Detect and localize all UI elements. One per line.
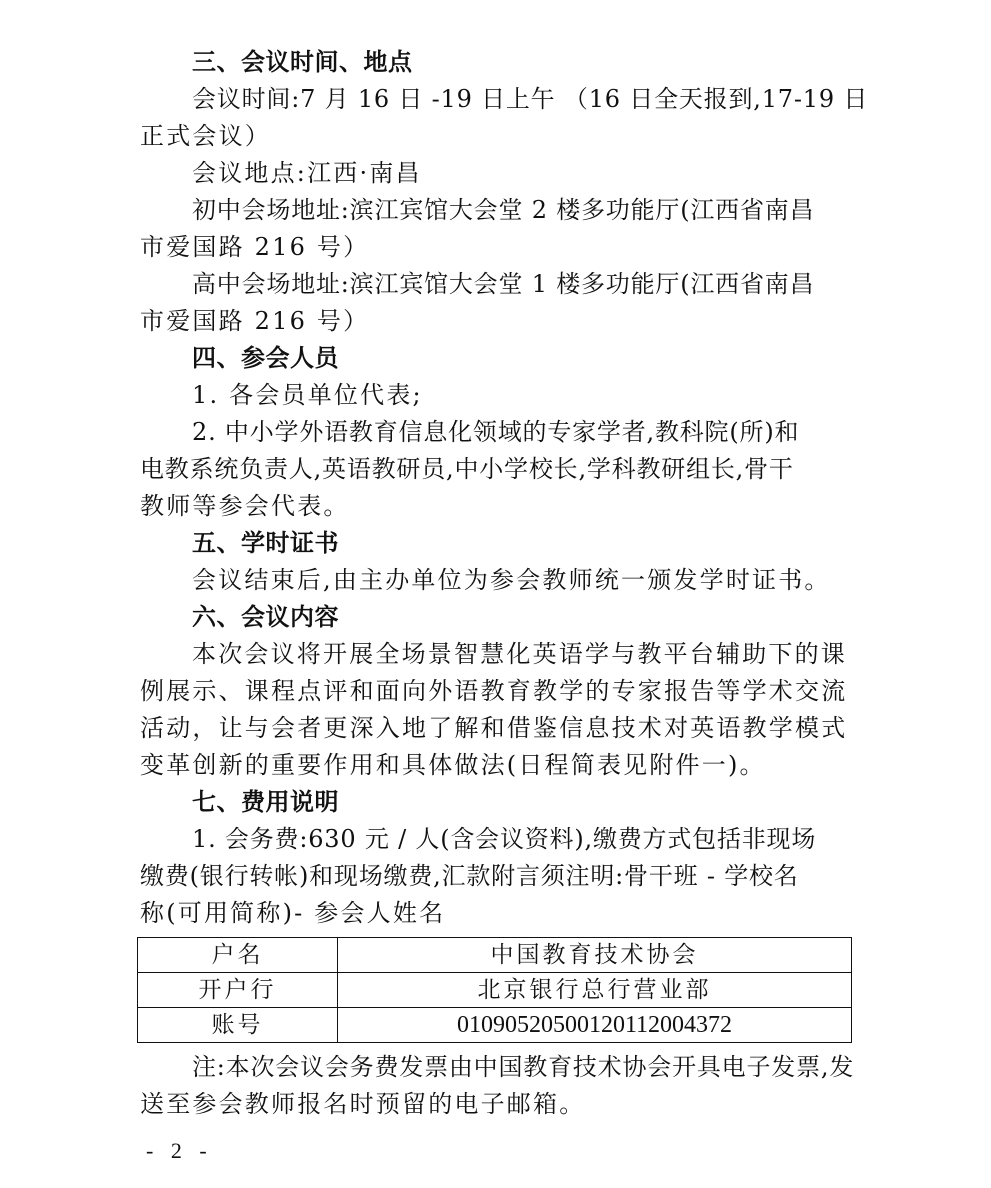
senior-venue-line: 高中会场地址:滨江宾馆大会堂 1 楼多功能厅(江西省南昌 (140, 266, 852, 303)
note-line: 注:本次会议会务费发票由中国教育技术协会开具电子发票,发 (140, 1049, 852, 1086)
section-heading: 四、参会人员 (140, 340, 852, 377)
participants-item-2-cont: 教师等参会代表。 (140, 488, 852, 525)
participants-item-1: 1. 各会员单位代表; (140, 377, 852, 414)
table-cell-value: 01090520500120112004372 (338, 1008, 852, 1043)
document-page: 三、会议时间、地点 会议时间:7 月 16 日 -19 日上午 （16 日全天报… (140, 44, 852, 1123)
page-number: - 2 - (146, 1138, 213, 1164)
content-line: 活动，让与会者更深入地了解和借鉴信息技术对英语教学模式 (140, 710, 852, 747)
bank-account-table: 户名 中国教育技术协会 开户行 北京银行总行营业部 账号 01090520500… (137, 937, 852, 1043)
table-cell-label: 户名 (138, 938, 338, 973)
section-fees: 七、费用说明 1. 会务费:630 元 / 人(含会议资料),缴费方式包括非现场… (140, 784, 852, 932)
section-heading: 七、费用说明 (140, 784, 852, 821)
participants-item-2-cont: 电教系统负责人,英语教研员,中小学校长,学科教研组长,骨干 (140, 451, 852, 488)
table-cell-label: 开户行 (138, 973, 338, 1008)
table-cell-label: 账号 (138, 1008, 338, 1043)
participants-item-2: 2. 中小学外语教育信息化领域的专家学者,教科院(所)和 (140, 414, 852, 451)
section-heading: 五、学时证书 (140, 525, 852, 562)
junior-venue-line: 初中会场地址:滨江宾馆大会堂 2 楼多功能厅(江西省南昌 (140, 192, 852, 229)
certificate-line: 会议结束后,由主办单位为参会教师统一颁发学时证书。 (140, 562, 852, 599)
section-participants: 四、参会人员 1. 各会员单位代表; 2. 中小学外语教育信息化领域的专家学者,… (140, 340, 852, 525)
meeting-place-line: 会议地点:江西·南昌 (140, 155, 852, 192)
section-certificate: 五、学时证书 会议结束后,由主办单位为参会教师统一颁发学时证书。 (140, 525, 852, 599)
invoice-note: 注:本次会议会务费发票由中国教育技术协会开具电子发票,发 送至参会教师报名时预留… (140, 1049, 852, 1123)
fee-line: 1. 会务费:630 元 / 人(含会议资料),缴费方式包括非现场 (140, 821, 852, 858)
section-meeting-content: 六、会议内容 本次会议将开展全场景智慧化英语学与教平台辅助下的课 例展示、课程点… (140, 599, 852, 784)
senior-venue-line-cont: 市爱国路 216 号） (140, 303, 852, 340)
meeting-time-line: 会议时间:7 月 16 日 -19 日上午 （16 日全天报到,17-19 日 (140, 81, 852, 118)
table-row: 开户行 北京银行总行营业部 (138, 973, 852, 1008)
fee-line-cont: 缴费(银行转帐)和现场缴费,汇款附言须注明:骨干班 - 学校名 (140, 858, 852, 895)
note-line-cont: 送至参会教师报名时预留的电子邮箱。 (140, 1086, 852, 1123)
fee-line-cont: 称(可用简称)- 参会人姓名 (140, 895, 852, 932)
content-line: 例展示、课程点评和面向外语教育教学的专家报告等学术交流 (140, 673, 852, 710)
content-line: 本次会议将开展全场景智慧化英语学与教平台辅助下的课 (140, 636, 852, 673)
content-line: 变革创新的重要作用和具体做法(日程简表见附件一)。 (140, 747, 852, 784)
table-row: 账号 01090520500120112004372 (138, 1008, 852, 1043)
table-cell-value: 北京银行总行营业部 (338, 973, 852, 1008)
section-meeting-time-place: 三、会议时间、地点 会议时间:7 月 16 日 -19 日上午 （16 日全天报… (140, 44, 852, 340)
section-heading: 六、会议内容 (140, 599, 852, 636)
junior-venue-line-cont: 市爱国路 216 号） (140, 229, 852, 266)
meeting-time-line-cont: 正式会议） (140, 118, 852, 155)
table-cell-value: 中国教育技术协会 (338, 938, 852, 973)
table-row: 户名 中国教育技术协会 (138, 938, 852, 973)
section-heading: 三、会议时间、地点 (140, 44, 852, 81)
